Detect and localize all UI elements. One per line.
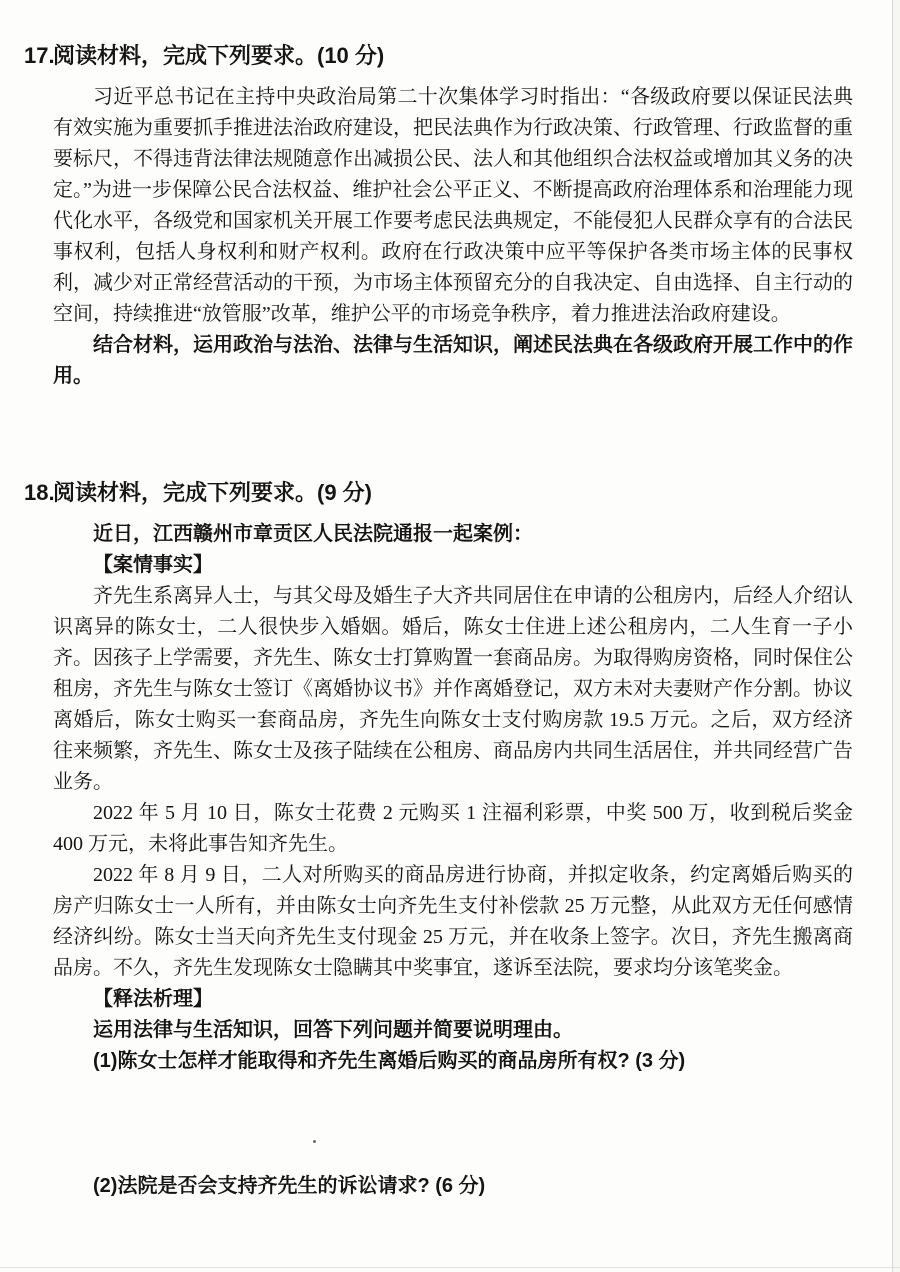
scan-edge-bottom-line (0, 1267, 900, 1268)
sub-question-1: (1)陈女士怎样才能取得和齐先生离婚后购买的商品房所有权? (3 分) (53, 1046, 853, 1077)
question-17: 17. 阅读材料，完成下列要求。(10 分) 习近平总书记在主持中央政治局第二十… (53, 40, 853, 392)
facts-paragraph-2: 2022 年 5 月 10 日，陈女士花费 2 元购买 1 注福利彩票，中奖 5… (53, 798, 853, 860)
question-18-intro: 近日，江西赣州市章贡区人民法院通报一起案例： (53, 519, 853, 550)
facts-paragraph-3: 2022 年 8 月 9 日，二人对所购买的商品房进行协商，并拟定收条，约定离婚… (53, 860, 853, 984)
exam-paper-page: 17. 阅读材料，完成下列要求。(10 分) 习近平总书记在主持中央政治局第二十… (0, 0, 900, 1272)
question-17-task: 结合材料，运用政治与法治、法律与生活知识，阐述民法典在各级政府开展工作中的作用。 (53, 330, 853, 392)
sub-question-2: (2)法院是否会支持齐先生的诉讼请求? (6 分) (53, 1171, 853, 1202)
facts-paragraph-1: 齐先生系离异人士，与其父母及婚生子大齐共同居住在申请的公租房内，后经人介绍认识离… (53, 581, 853, 798)
question-18-number: 18. (24, 477, 55, 509)
question-18-instruction: 运用法律与生活知识，回答下列问题并简要说明理由。 (53, 1015, 853, 1046)
facts-section-heading: 【案情事实】 (53, 550, 853, 581)
question-17-number: 17. (24, 40, 55, 72)
question-18-title: 阅读材料，完成下列要求。(9 分) (53, 480, 372, 505)
question-18-header: 18. 阅读材料，完成下列要求。(9 分) (53, 477, 853, 509)
question-17-material-paragraph: 习近平总书记在主持中央政治局第二十次集体学习时指出：“各级政府要以保证民法典有效… (53, 82, 853, 330)
question-17-header: 17. 阅读材料，完成下列要求。(10 分) (53, 40, 853, 72)
scan-edge-right-line (892, 0, 893, 1272)
question-17-title: 阅读材料，完成下列要求。(10 分) (53, 43, 384, 68)
page-content: 17. 阅读材料，完成下列要求。(10 分) 习近平总书记在主持中央政治局第二十… (53, 40, 853, 1202)
question-18: 18. 阅读材料，完成下列要求。(9 分) 近日，江西赣州市章贡区人民法院通报一… (53, 477, 853, 1202)
analysis-section-heading: 【释法析理】 (53, 984, 853, 1015)
scan-edge-strip (893, 0, 900, 1272)
